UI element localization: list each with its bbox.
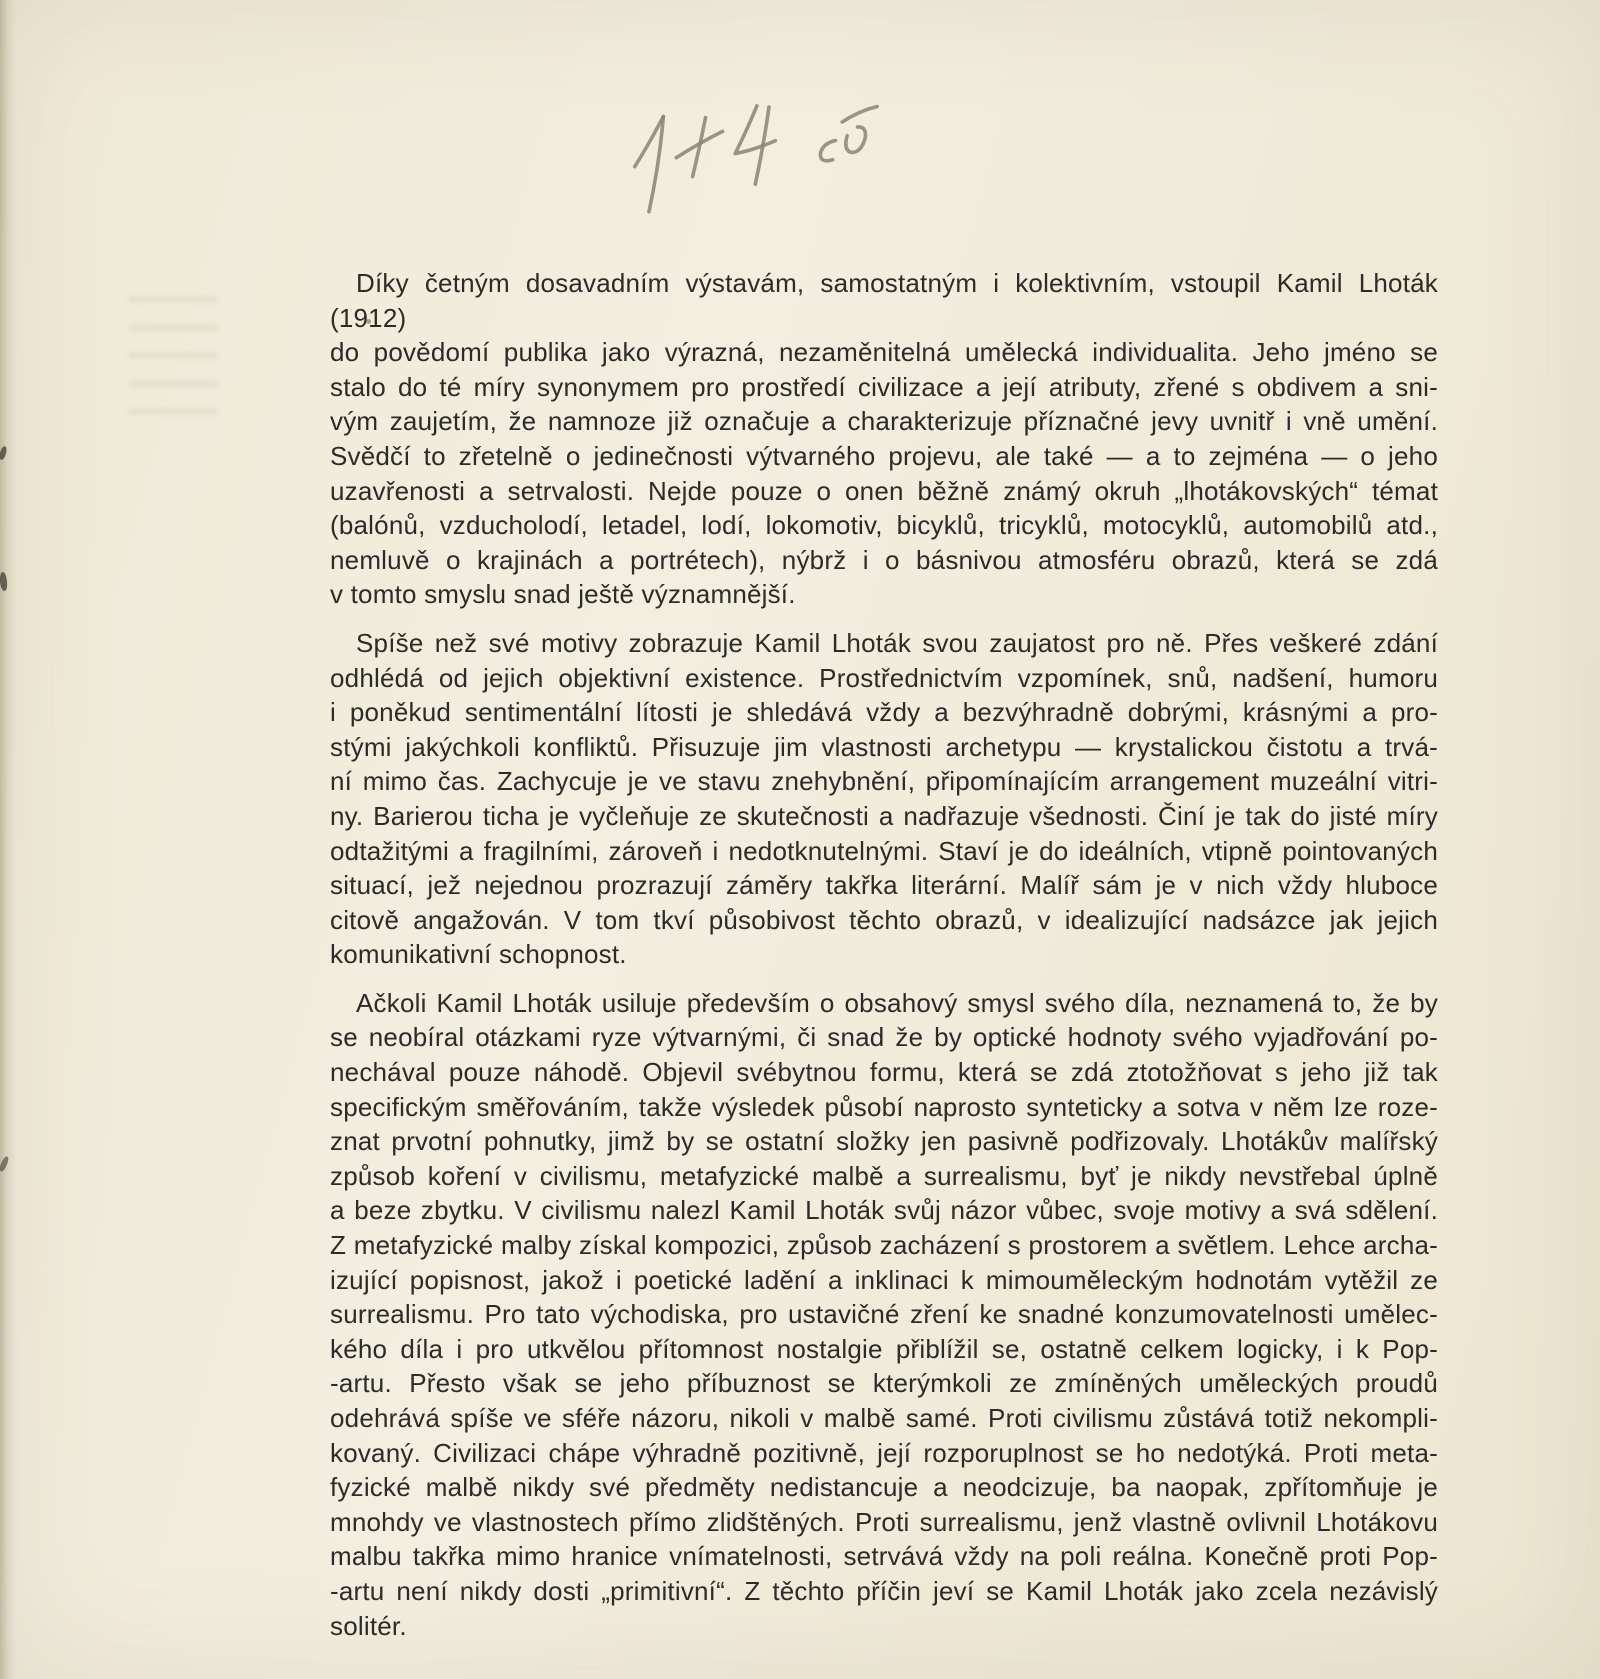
paper-page: Díky četným dosavadním výstavám, samosta… xyxy=(0,0,1600,1679)
paragraph: Ačkoli Kamil Lhoták usiluje především o … xyxy=(330,986,1438,1643)
page-bleed-ghost xyxy=(128,296,218,436)
text-line: izující popisnost, jakož i poetické ladě… xyxy=(330,1263,1438,1298)
text-line: kovaný. Civilizaci chápe výhradně poziti… xyxy=(330,1436,1438,1471)
text-line: Z metafyzické malby získal kompozici, zp… xyxy=(330,1228,1438,1263)
text-line: v tomto smyslu snad ještě významnější. xyxy=(330,577,1438,612)
text-line: nemluvě o krajinách a portrétech), nýbrž… xyxy=(330,543,1438,578)
text-line: -artu není nikdy dosti „primitivní“. Z t… xyxy=(330,1574,1438,1609)
text-line: do povědomí publika jako výrazná, nezamě… xyxy=(330,335,1438,370)
text-line: stalo do té míry synonymem pro prostředí… xyxy=(330,370,1438,405)
text-line: ny. Barierou ticha je vyčleňuje ze skute… xyxy=(330,799,1438,834)
text-line: specifickým směřováním, takže výsledek p… xyxy=(330,1090,1438,1125)
text-line: mnohdy ve vlastnostech přímo zlidštěných… xyxy=(330,1505,1438,1540)
text-line: a beze zbytku. V civilismu nalezl Kamil … xyxy=(330,1193,1438,1228)
text-line: Ačkoli Kamil Lhoták usiluje především o … xyxy=(330,986,1438,1021)
text-line: nechával pouze náhodě. Objevil svébytnou… xyxy=(330,1055,1438,1090)
handwritten-annotation xyxy=(614,70,959,229)
text-line: způsob koření v civilismu, metafyzické m… xyxy=(330,1159,1438,1194)
text-line: stými jakýchkoli konfliktů. Přisuzuje ji… xyxy=(330,730,1438,765)
text-line: Díky četným dosavadním výstavám, samosta… xyxy=(330,266,1438,335)
text-line: situací, jež nejednou prozrazují záměry … xyxy=(330,868,1438,903)
text-line: -artu. Přesto však se jeho příbuznost se… xyxy=(330,1366,1438,1401)
body-text: Díky četným dosavadním výstavám, samosta… xyxy=(330,266,1438,1643)
text-line: Svědčí to zřetelně o jedinečnosti výtvar… xyxy=(330,439,1438,474)
text-line: komunikativní schopnost. xyxy=(330,937,1438,972)
text-line: odtažitými a fragilními, zároveň i nedot… xyxy=(330,834,1438,869)
text-line: odhlédá od jejich objektivní existence. … xyxy=(330,661,1438,696)
text-line: kého díla i pro utkvělou přítomnost nost… xyxy=(330,1332,1438,1367)
text-line: malbu takřka mimo hranice vnímatelnosti,… xyxy=(330,1539,1438,1574)
text-line: i poněkud sentimentální lítosti je shled… xyxy=(330,695,1438,730)
text-line: fyzické malbě nikdy své předměty nedista… xyxy=(330,1470,1438,1505)
text-line: (balónů, vzducholodí, letadel, lodí, lok… xyxy=(330,508,1438,543)
text-line: citově angažován. V tom tkví působivost … xyxy=(330,903,1438,938)
paragraph: Spíše než své motivy zobrazuje Kamil Lho… xyxy=(330,626,1438,972)
text-line: solitér. xyxy=(330,1609,1438,1644)
scan-left-edge-shadow xyxy=(0,0,16,1679)
text-line: se neobíral otázkami ryze výtvarnými, či… xyxy=(330,1020,1438,1055)
text-line: znat prvotní pohnutky, jimž by se ostatn… xyxy=(330,1124,1438,1159)
text-line: odehrává spíše ve sféře názoru, nikoli v… xyxy=(330,1401,1438,1436)
text-line: uzavřenosti a setrvalosti. Nejde pouze o… xyxy=(330,474,1438,509)
text-line: ní mimo čas. Zachycuje je ve stavu znehy… xyxy=(330,764,1438,799)
text-line: Spíše než své motivy zobrazuje Kamil Lho… xyxy=(330,626,1438,661)
paragraph: Díky četným dosavadním výstavám, samosta… xyxy=(330,266,1438,612)
text-line: surrealismu. Pro tato východiska, pro us… xyxy=(330,1297,1438,1332)
text-line: vým zaujetím, že namnoze již označuje a … xyxy=(330,404,1438,439)
